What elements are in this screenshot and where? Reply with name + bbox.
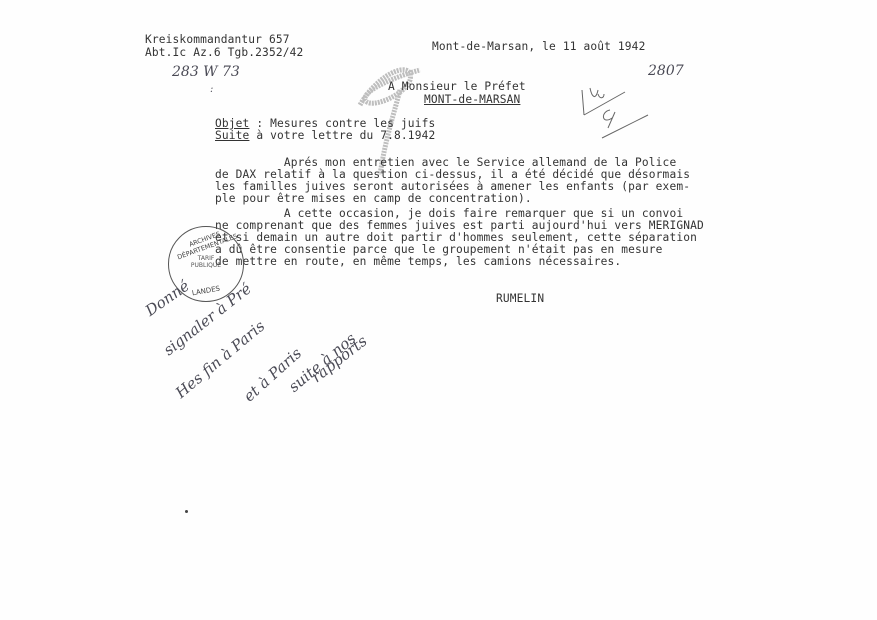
stamp-middle-line2: PUBLIQUE — [169, 262, 243, 269]
signature: RUMELIN — [496, 293, 544, 306]
sender-reference: Abt.Ic Az.6 Tgb.2352/42 — [145, 47, 303, 60]
document-page: Kreiskommandantur 657 Abt.Ic Az.6 Tgb.23… — [0, 0, 877, 620]
sender-unit: Kreiskommandantur 657 — [145, 34, 290, 47]
colon-mark: : — [210, 84, 213, 95]
body-p2-line5: de mettre en route, en même temps, les c… — [215, 256, 621, 269]
recipient-line2: MONT-de-MARSAN — [424, 94, 520, 107]
place-date: Mont-de-Marsan, le 11 août 1942 — [432, 41, 645, 54]
handwritten-reference: 283 W 73 — [172, 64, 240, 80]
suite-label: Suite — [215, 129, 249, 142]
recipient-line1: A Monsieur le Préfet — [388, 81, 526, 94]
stamp-middle-line1: TARIF — [169, 255, 243, 262]
reference-line: Suite à votre lettre du 7.8.1942 — [215, 130, 435, 143]
suite-text: à votre lettre du 7.8.1942 — [249, 129, 435, 142]
initials-mark — [570, 70, 650, 140]
handwritten-number: 2807 — [648, 63, 684, 79]
paper-speck — [185, 510, 188, 513]
stamp-middle-text: TARIF PUBLIQUE — [169, 255, 243, 269]
body-p1-line4: ple pour être mises en camp de concentra… — [215, 193, 532, 206]
